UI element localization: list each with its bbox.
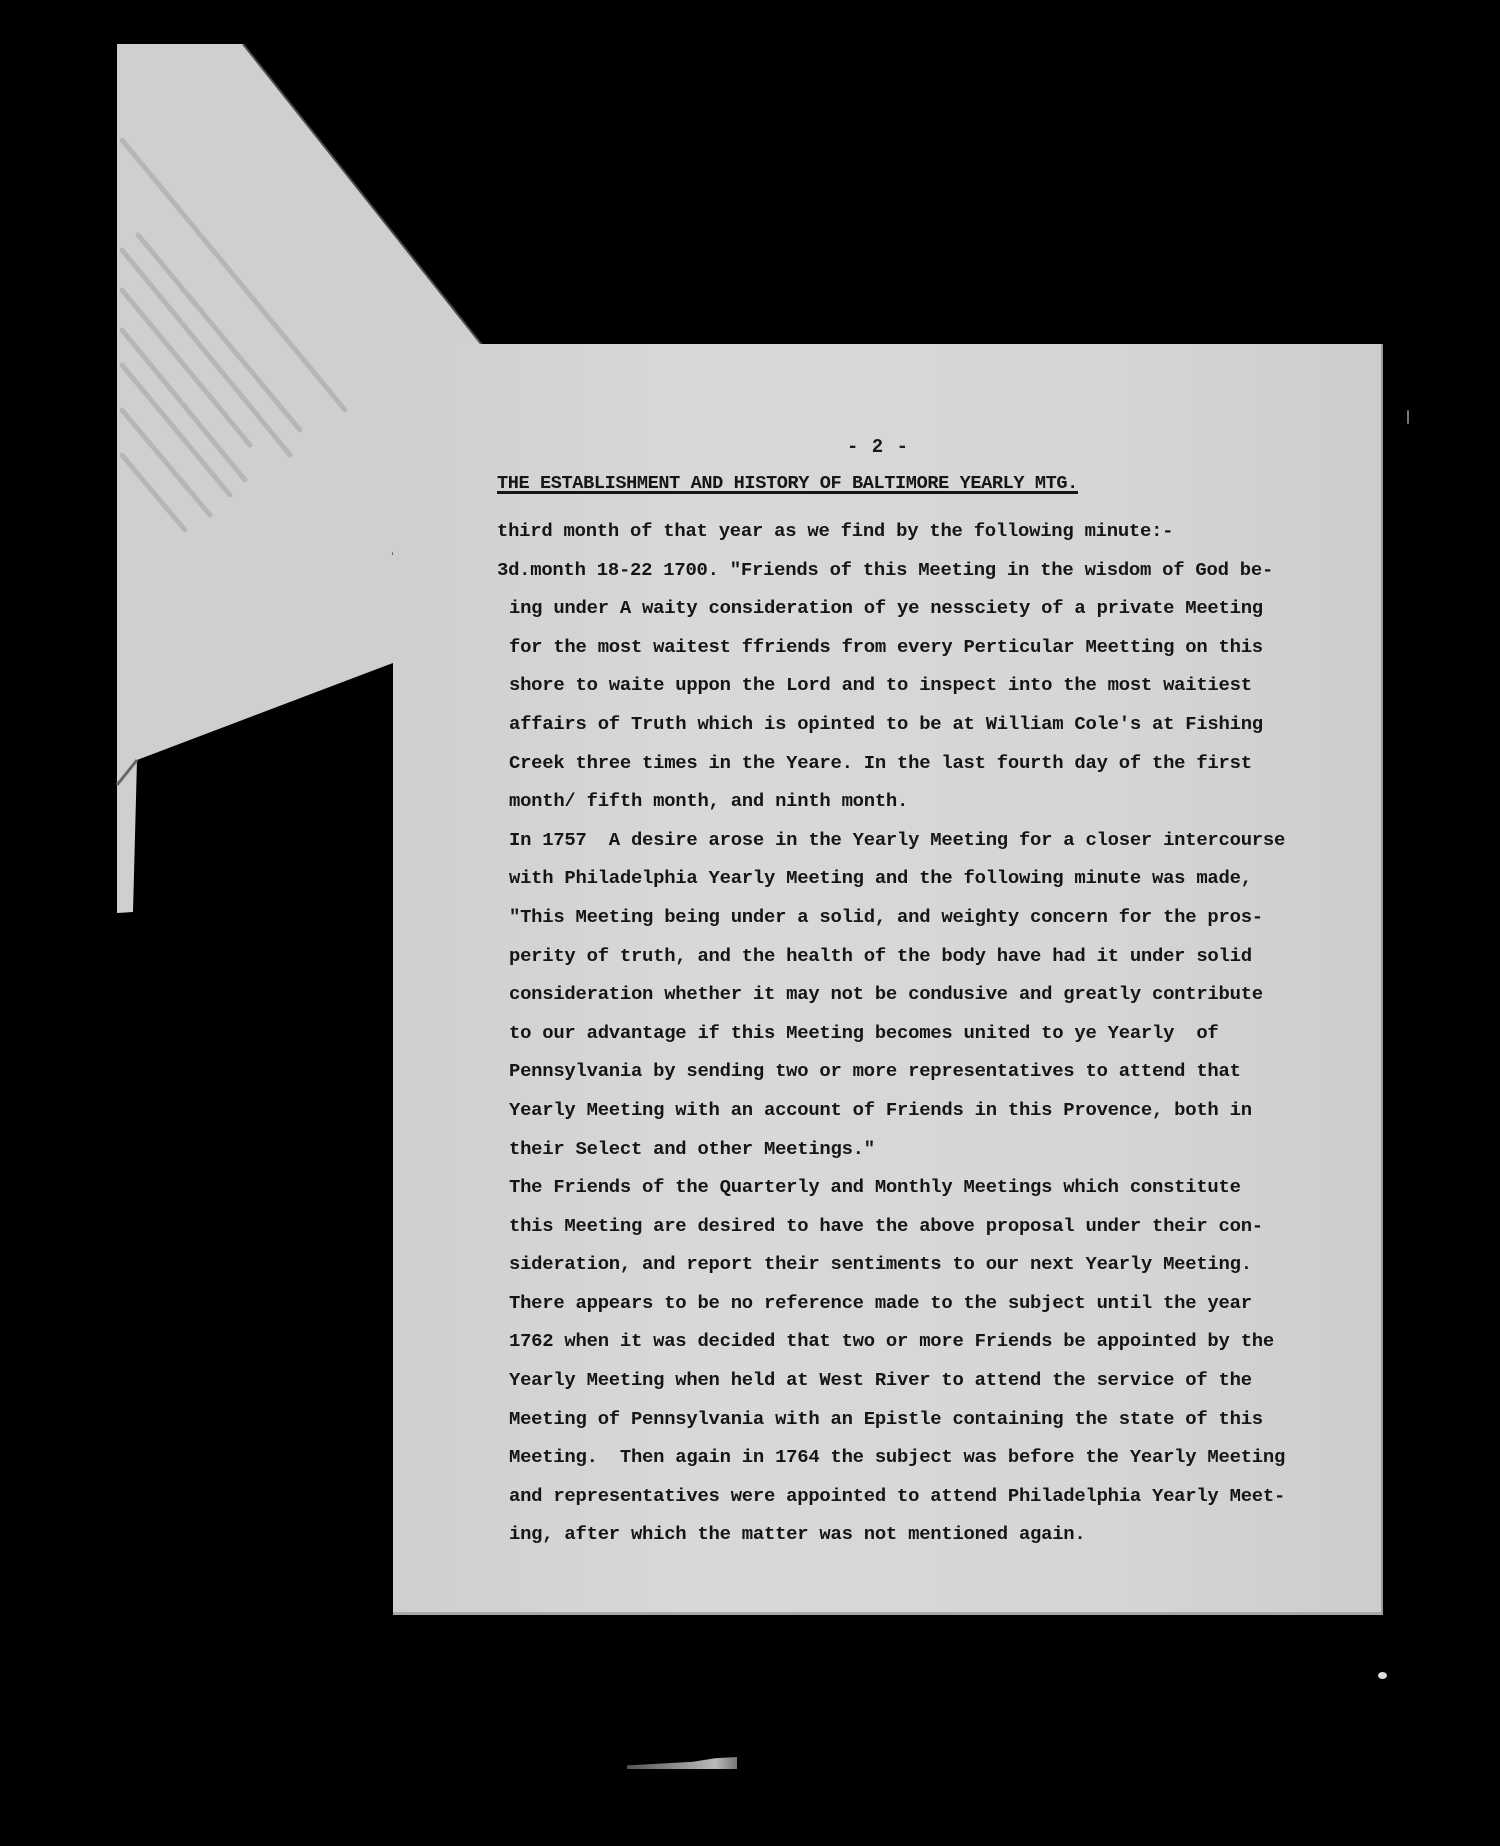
text-line: In 1757 A desire arose in the Yearly Mee… <box>497 821 1377 860</box>
text-line: ing under A waity consideration of ye ne… <box>497 589 1377 628</box>
dust-speck <box>1407 410 1409 424</box>
text-line: their Select and other Meetings." <box>497 1130 1377 1169</box>
text-line: this Meeting are desired to have the abo… <box>497 1207 1377 1246</box>
text-line: for the most waitest ffriends from every… <box>497 628 1377 667</box>
text-line: with Philadelphia Yearly Meeting and the… <box>497 859 1377 898</box>
text-line: affairs of Truth which is opinted to be … <box>497 705 1377 744</box>
text-line: Yearly Meeting when held at West River t… <box>497 1361 1377 1400</box>
text-line: third month of that year as we find by t… <box>497 512 1377 551</box>
text-line: to our advantage if this Meeting becomes… <box>497 1014 1377 1053</box>
text-line: Creek three times in the Yeare. In the l… <box>497 744 1377 783</box>
text-line: The Friends of the Quarterly and Monthly… <box>497 1168 1377 1207</box>
text-line: Pennsylvania by sending two or more repr… <box>497 1052 1377 1091</box>
text-line: 1762 when it was decided that two or mor… <box>497 1322 1377 1361</box>
text-line: 3d.month 18-22 1700. "Friends of this Me… <box>497 551 1377 590</box>
document-body: third month of that year as we find by t… <box>497 512 1377 1554</box>
text-line: There appears to be no reference made to… <box>497 1284 1377 1323</box>
text-line: "This Meeting being under a solid, and w… <box>497 898 1377 937</box>
text-line: Yearly Meeting with an account of Friend… <box>497 1091 1377 1130</box>
text-line: shore to waite uppon the Lord and to ins… <box>497 666 1377 705</box>
text-line: and representatives were appointed to at… <box>497 1477 1377 1516</box>
page-number: - 2 - <box>847 436 909 458</box>
dust-speck <box>1378 1672 1387 1679</box>
text-line: Meeting. Then again in 1764 the subject … <box>497 1438 1377 1477</box>
text-line: ing, after which the matter was not ment… <box>497 1515 1377 1554</box>
text-line: sideration, and report their sentiments … <box>497 1245 1377 1284</box>
text-line: Meeting of Pennsylvania with an Epistle … <box>497 1400 1377 1439</box>
text-line: perity of truth, and the health of the b… <box>497 937 1377 976</box>
text-line: month/ fifth month, and ninth month. <box>497 782 1377 821</box>
text-line: consideration whether it may not be cond… <box>497 975 1377 1014</box>
document-title: THE ESTABLISHMENT AND HISTORY OF BALTIMO… <box>497 473 1078 494</box>
